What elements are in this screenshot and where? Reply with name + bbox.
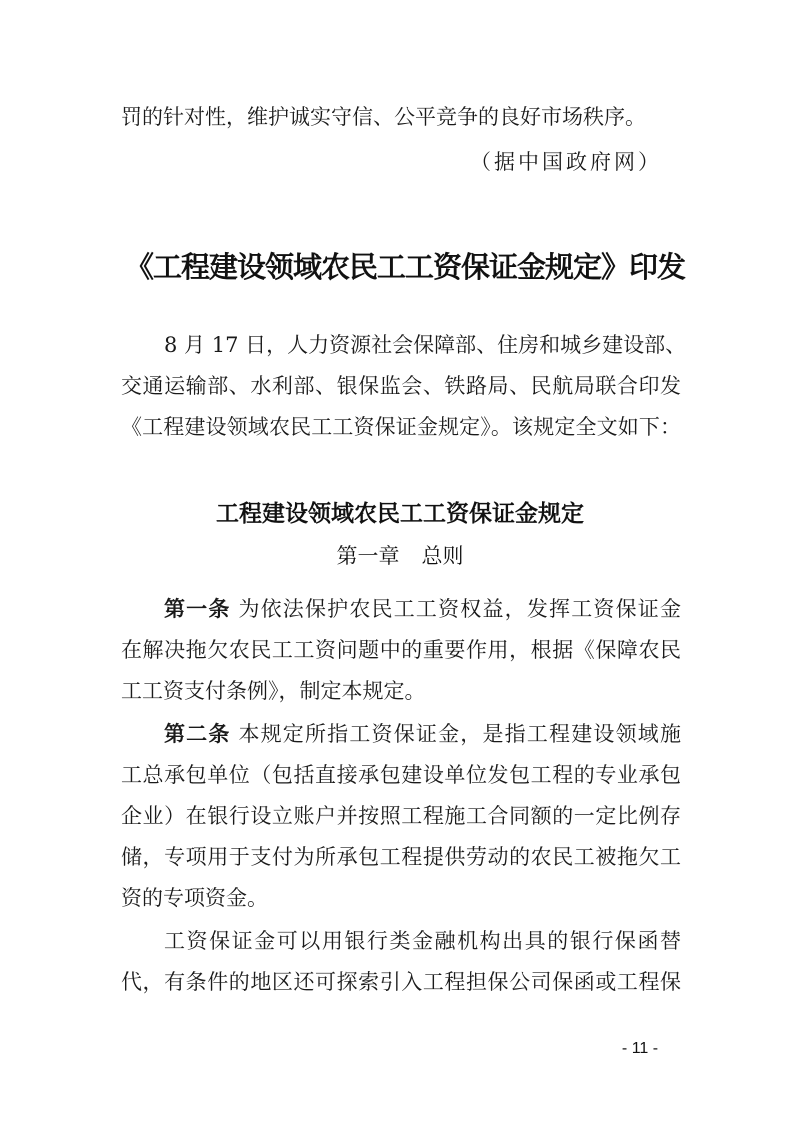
article-2-line-5: 资的专项资金。 [121, 886, 681, 910]
source-attribution: （据中国政府网） [470, 150, 662, 174]
article-2-line-2: 工总承包单位（包括直接承包建设单位发包工程的专业承包 [121, 763, 681, 787]
document-page: 罚的针对性，维护诚实守信、公平竞争的良好市场秩序。 （据中国政府网） 《工程建设… [0, 0, 800, 1131]
chapter-number: 第一章 [337, 544, 400, 568]
paragraph-3-line-2: 代，有条件的地区还可探索引入工程担保公司保函或工程保 [121, 970, 681, 994]
chapter-heading: 第一章总则 [0, 544, 800, 568]
article-1-line-3: 工工资支付条例》，制定本规定。 [121, 679, 681, 703]
regulation-title: 工程建设领域农民工工资保证金规定 [0, 500, 800, 528]
intro-line-1: 8 月 17 日，人力资源社会保障部、住房和城乡建设部、 [164, 333, 681, 357]
news-headline: 《工程建设领域农民工工资保证金规定》印发 [120, 250, 690, 284]
article-1-line-1: 第一条 为依法保护农民工工资权益，发挥工资保证金 [164, 597, 681, 621]
intro-line-3: 《工程建设领域农民工工资保证金规定》。该规定全文如下： [121, 415, 681, 439]
article-2-label: 第二条 [164, 722, 231, 746]
article-1-text: 为依法保护农民工工资权益，发挥工资保证金 [238, 597, 681, 621]
previous-article-last-line: 罚的针对性，维护诚实守信、公平竞争的良好市场秩序。 [121, 105, 681, 129]
chapter-name: 总则 [422, 544, 464, 568]
article-2-line-4: 储，专项用于支付为所承包工程提供劳动的农民工被拖欠工 [121, 845, 681, 869]
page-number: - 11 - [600, 1040, 680, 1058]
article-2-line-1: 第二条 本规定所指工资保证金，是指工程建设领域施 [164, 722, 681, 746]
article-1-line-2: 在解决拖欠农民工工资问题中的重要作用，根据《保障农民 [121, 638, 681, 662]
article-2-line-3: 企业）在银行设立账户并按照工程施工合同额的一定比例存 [121, 804, 681, 828]
paragraph-3-line-1: 工资保证金可以用银行类金融机构出具的银行保函替 [164, 929, 681, 953]
intro-line-2: 交通运输部、水利部、银保监会、铁路局、民航局联合印发 [121, 374, 681, 398]
article-2-text: 本规定所指工资保证金，是指工程建设领域施 [238, 722, 681, 746]
article-1-label: 第一条 [164, 597, 231, 621]
